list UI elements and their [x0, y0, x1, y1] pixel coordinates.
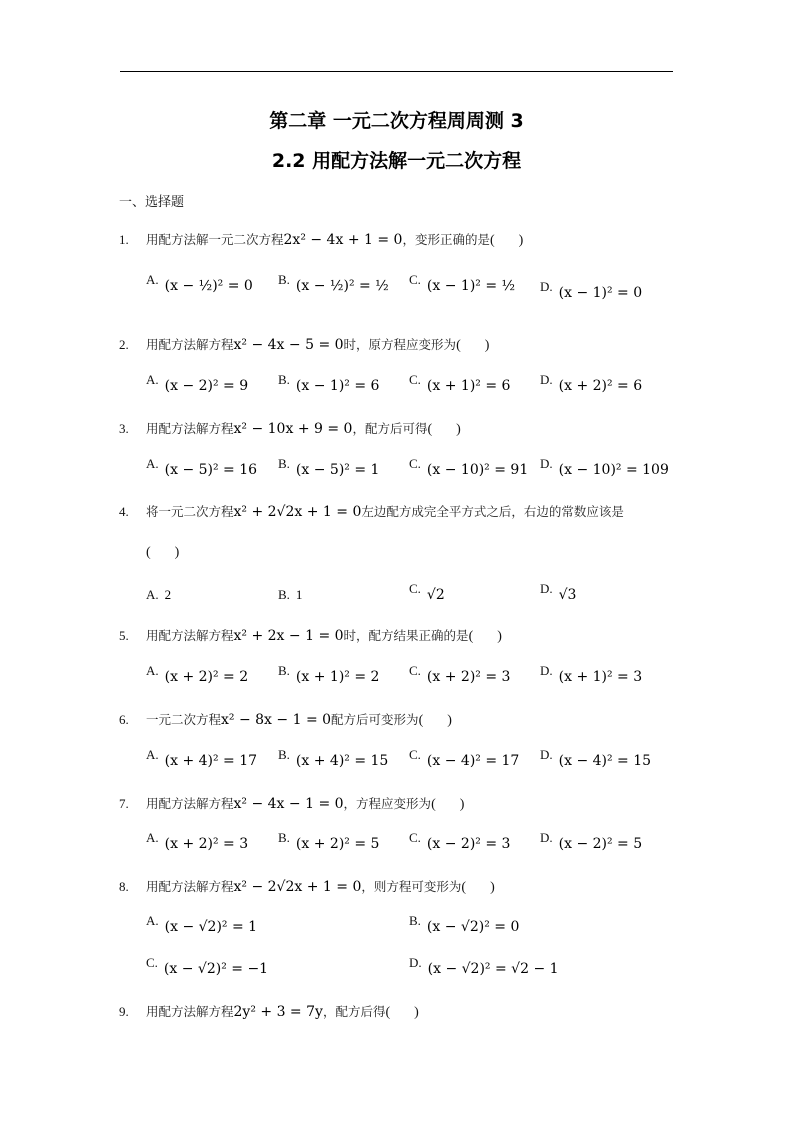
option-3c: C.(x − 10)² = 91	[409, 462, 528, 478]
option-4a: A.2	[146, 587, 171, 603]
answer-blank: ()	[431, 797, 464, 813]
answer-blank: ()	[490, 233, 523, 249]
option-1d: D.(x − 1)² = 0	[540, 285, 642, 301]
equation: x² − 10x + 9 = 0	[234, 421, 353, 437]
question-text: 用配方法解一元二次方程	[146, 232, 284, 247]
page-title: 第二章 一元二次方程周周测 3	[0, 106, 793, 133]
equation: x² − 4x − 5 = 0	[234, 337, 344, 353]
equation: x² + 2x − 1 = 0	[234, 628, 344, 644]
option-5a: A.(x + 2)² = 2	[146, 669, 248, 685]
equation: 2y² + 3 = 7y	[234, 1004, 323, 1020]
option-1a: A.(x − ½)² = 0	[146, 278, 253, 294]
option-5d: D.(x + 1)² = 3	[540, 669, 642, 685]
option-6b: B.(x + 4)² = 15	[278, 753, 388, 769]
equation: x² + 2√2x + 1 = 0	[234, 504, 362, 520]
question-9: 9.用配方法解方程2y² + 3 = 7y，配方后得()	[119, 1002, 419, 1021]
option-6c: C.(x − 4)² = 17	[409, 753, 519, 769]
header-rule	[120, 71, 673, 72]
question-1: 1.用配方法解一元二次方程2x² − 4x + 1 = 0，变形正确的是()	[119, 230, 523, 249]
option-7d: D.(x − 2)² = 5	[540, 836, 642, 852]
option-2a: A.(x − 2)² = 9	[146, 378, 248, 394]
question-5: 5.用配方法解方程x² + 2x − 1 = 0时，配方结果正确的是()	[119, 626, 502, 645]
question-2: 2.用配方法解方程x² − 4x − 5 = 0时，原方程应变形为()	[119, 335, 489, 354]
option-1b: B.(x − ½)² = ½	[278, 278, 389, 294]
answer-blank: ()	[427, 422, 460, 438]
option-3b: B.(x − 5)² = 1	[278, 462, 379, 478]
option-6d: D.(x − 4)² = 15	[540, 753, 651, 769]
option-8a: A.(x − √2)² = 1	[146, 919, 257, 935]
option-7b: B.(x + 2)² = 5	[278, 836, 379, 852]
equation: x² − 2√2x + 1 = 0	[234, 879, 362, 895]
question-number: 1.	[119, 232, 146, 248]
equation: 2x² − 4x + 1 = 0	[284, 232, 403, 248]
equation: x² − 4x − 1 = 0	[234, 796, 344, 812]
answer-blank: ()	[461, 880, 494, 896]
option-3d: D.(x − 10)² = 109	[540, 462, 669, 478]
option-8c: C.(x − √2)² = −1	[146, 961, 268, 977]
option-6a: A.(x + 4)² = 17	[146, 753, 257, 769]
answer-blank: ()	[456, 338, 489, 354]
answer-blank: ()	[385, 1005, 418, 1021]
option-8b: B.(x − √2)² = 0	[409, 919, 519, 935]
option-7c: C.(x − 2)² = 3	[409, 836, 510, 852]
option-7a: A.(x + 2)² = 3	[146, 836, 248, 852]
page-subtitle: 2.2 用配方法解一元二次方程	[0, 146, 793, 173]
equation: x² − 8x − 1 = 0	[221, 712, 331, 728]
question-8: 8.用配方法解方程x² − 2√2x + 1 = 0，则方程可变形为()	[119, 877, 495, 896]
question-6: 6.一元二次方程x² − 8x − 1 = 0配方后可变形为()	[119, 710, 452, 729]
option-3a: A.(x − 5)² = 16	[146, 462, 257, 478]
question-4: 4.将一元二次方程x² + 2√2x + 1 = 0左边配方成完全平方式之后，右…	[119, 502, 624, 520]
answer-blank: ()	[469, 629, 502, 645]
option-2d: D.(x + 2)² = 6	[540, 378, 642, 394]
question-suffix: ，变形正确的是	[402, 232, 490, 247]
option-2c: C.(x + 1)² = 6	[409, 378, 510, 394]
option-2b: B.(x − 1)² = 6	[278, 378, 379, 394]
question-7: 7.用配方法解方程x² − 4x − 1 = 0，方程应变形为()	[119, 794, 464, 813]
section-heading: 一、选择题	[119, 191, 184, 210]
option-4c: C.√2	[409, 587, 445, 603]
option-1c: C.(x − 1)² = ½	[409, 278, 515, 294]
option-8d: D.(x − √2)² = √2 − 1	[409, 961, 559, 977]
answer-blank: ()	[419, 713, 452, 729]
answer-blank: ()	[146, 545, 179, 561]
option-4b: B.1	[278, 587, 302, 603]
option-5b: B.(x + 1)² = 2	[278, 669, 379, 685]
question-3: 3.用配方法解方程x² − 10x + 9 = 0，配方后可得()	[119, 419, 461, 438]
option-4d: D.√3	[540, 587, 576, 603]
option-5c: C.(x + 2)² = 3	[409, 669, 510, 685]
